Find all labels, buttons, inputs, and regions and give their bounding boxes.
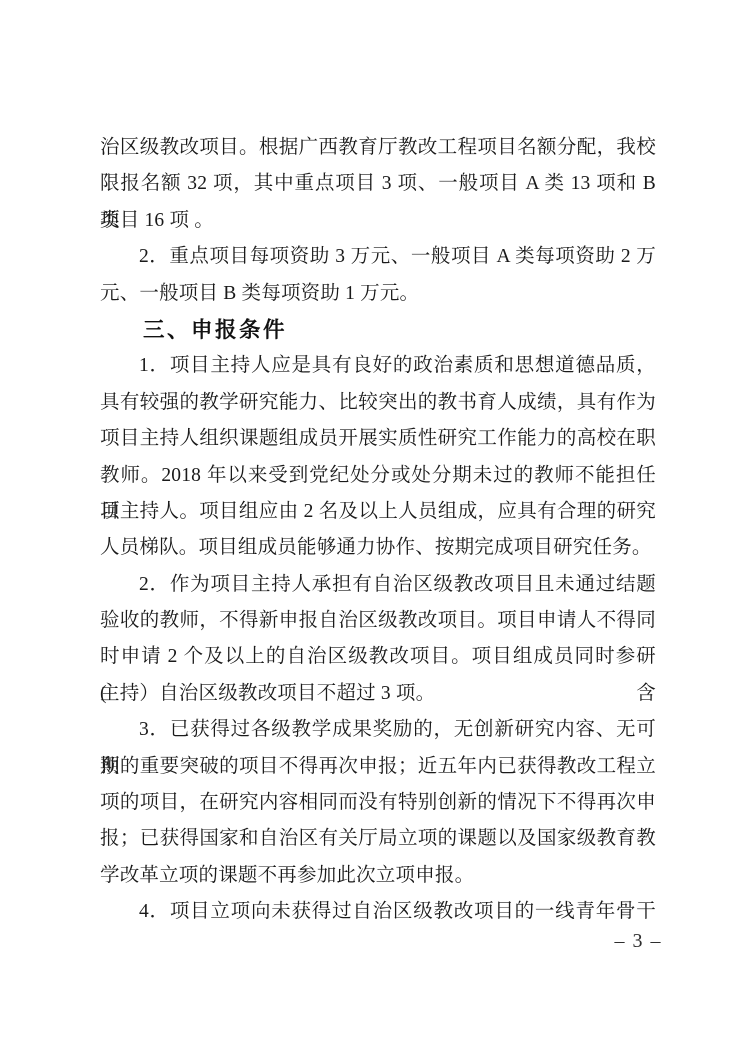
text-line: 1．项目主持人应是具有良好的政治素质和思想道德品质，	[100, 348, 656, 384]
text-line: 人员梯队。项目组成员能够通力协作、按期完成项目研究任务。	[100, 530, 656, 566]
text-line: 具有较强的教学研究能力、比较突出的教书育人成绩，具有作为	[100, 385, 656, 421]
text-line: 验收的教师，不得新申报自治区级教改项目。项目申请人不得同	[100, 603, 656, 639]
text-line: 目主持人。项目组应由 2 名及以上人员组成，应具有合理的研究	[100, 494, 656, 530]
text-line: 项目 16 项 。	[100, 203, 656, 239]
text-line: 报；已获得国家和自治区有关厅局立项的课题以及国家级教育教	[100, 821, 656, 857]
document-body: 治区级教改项目。根据广西教育厅教改工程项目名额分配，我校限报名额 32 项，其中…	[100, 130, 656, 931]
page-number: – 3 –	[615, 928, 663, 954]
text-line: 时申请 2 个及以上的自治区级教改项目。项目组成员同时参研(含	[100, 639, 656, 675]
text-line: 学改革立项的课题不再参加此次立项申报。	[100, 858, 656, 894]
text-line: 治区级教改项目。根据广西教育厅教改工程项目名额分配，我校	[100, 130, 656, 166]
section-heading: 三、申报条件	[100, 312, 656, 348]
text-line: 项的项目，在研究内容相同而没有特别创新的情况下不得再次申	[100, 785, 656, 821]
text-line: 4．项目立项向未获得过自治区级教改项目的一线青年骨干	[100, 894, 656, 930]
text-line: 项目主持人组织课题组成员开展实质性研究工作能力的高校在职	[100, 421, 656, 457]
text-line: 教师。2018 年以来受到党纪处分或处分期未过的教师不能担任项	[100, 458, 656, 494]
text-line: 元、一般项目 B 类每项资助 1 万元。	[100, 276, 656, 312]
document-page: 治区级教改项目。根据广西教育厅教改工程项目名额分配，我校限报名额 32 项，其中…	[0, 0, 750, 1060]
text-line: 3．已获得过各级教学成果奖励的，无创新研究内容、无可预	[100, 712, 656, 748]
text-line: 2．作为项目主持人承担有自治区级教改项目且未通过结题	[100, 567, 656, 603]
text-line: 期的重要突破的项目不得再次申报；近五年内已获得教改工程立	[100, 749, 656, 785]
text-line: 2．重点项目每项资助 3 万元、一般项目 A 类每项资助 2 万	[100, 239, 656, 275]
text-line: 限报名额 32 项，其中重点项目 3 项、一般项目 A 类 13 项和 B 类	[100, 166, 656, 202]
